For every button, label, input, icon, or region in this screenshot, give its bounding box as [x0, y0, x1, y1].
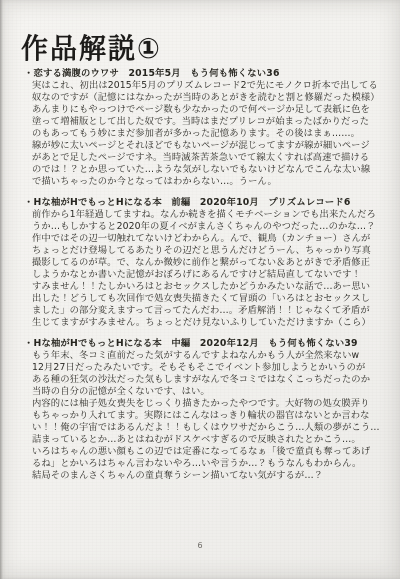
work-entry-3-body: もう年末、冬コミ直前だった気がするんですよねなんかもう人が全然来ないw 12月2…: [32, 350, 386, 482]
work-entry-1-body: 実はこれ、初出は2015年5月のプリズムレコード2で先にモノクロ折本で出してる …: [32, 80, 386, 188]
work-commentary-entry-1: ・恋する満腹のウワサ 2015年5月 もう何も怖くない36 実はこれ、初出は20…: [24, 68, 386, 188]
work-entry-1-heading: ・恋する満腹のウワサ 2015年5月 もう何も怖くない36: [24, 68, 386, 80]
commentary-text-block: ・恋する満腹のウワサ 2015年5月 もう何も怖くない36 実はこれ、初出は20…: [24, 68, 386, 491]
page-title: 作品解説①: [21, 26, 162, 67]
work-entry-2-heading: ・Hな柚がHでもっとHになる本 前編 2020年10月 プリズムレコード6: [24, 197, 386, 209]
work-entry-2-body: 前作から1年経過してますね。なんか続きを描くモチベーションでも出来たんだろ うか…: [32, 209, 386, 329]
scanned-page: 作品解説① ・恋する満腹のウワサ 2015年5月 もう何も怖くない36 実はこれ…: [0, 0, 400, 579]
work-commentary-entry-3: ・Hな柚がHでもっとHになる本 中編 2020年12月 もう何も怖くない39 も…: [24, 338, 386, 482]
work-entry-3-heading: ・Hな柚がHでもっとHになる本 中編 2020年12月 もう何も怖くない39: [24, 338, 386, 350]
page-number: 6: [0, 541, 400, 550]
work-commentary-entry-2: ・Hな柚がHでもっとHになる本 前編 2020年10月 プリズムレコード6 前作…: [24, 197, 386, 329]
